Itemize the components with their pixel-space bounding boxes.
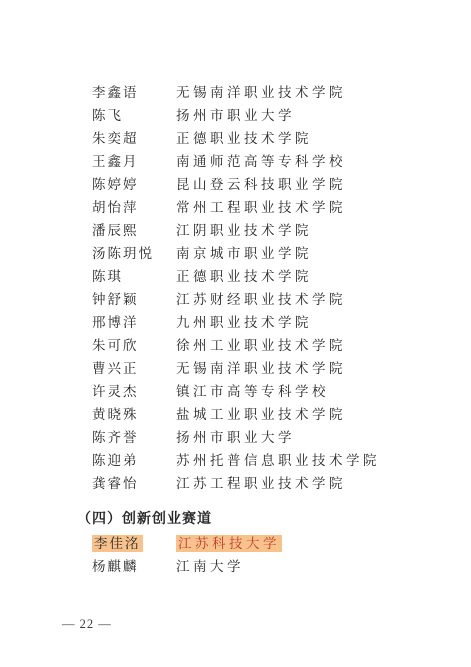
awardee-institution: 苏州托普信息职业技术学院 [176,449,380,472]
awardee-institution: 徐州工业职业技术学院 [176,334,346,357]
awardee-name: 陈婷婷 [92,173,176,196]
highlight-mark: 江苏科技大学 [176,535,282,552]
table-row: 钟舒颖江苏财经职业技术学院 [92,288,380,311]
table-row: 曹兴正无锡南洋职业技术学院 [92,357,380,380]
table-row: 龚睿怡江苏工程职业技术学院 [92,472,380,495]
table-row: 胡怡萍常州工程职业技术学院 [92,196,380,219]
awardee-name: 朱可欣 [92,334,176,357]
awardee-institution: 江南大学 [176,555,244,578]
awardee-institution: 九州职业技术学院 [176,311,312,334]
table-row: 杨麒麟 江南大学 [92,555,282,578]
awardee-name: 陈飞 [92,104,176,127]
awardee-institution: 盐城工业职业技术学院 [176,403,346,426]
awardee-name: 陈齐誉 [92,426,176,449]
awardee-name: 曹兴正 [92,357,176,380]
awardee-name: 潘辰熙 [92,219,176,242]
table-row: 陈婷婷昆山登云科技职业学院 [92,173,380,196]
highlight-mark: 李佳洺 [92,535,143,552]
page-number: — 22 — [62,617,112,632]
awardee-name: 胡怡萍 [92,196,176,219]
table-row: 王鑫月南通师范高等专科学校 [92,150,380,173]
table-row: 潘辰熙江阴职业技术学院 [92,219,380,242]
awardee-institution: 常州工程职业技术学院 [176,196,346,219]
awardee-institution: 扬州市职业大学 [176,104,295,127]
document-page: 李鑫语无锡南洋职业技术学院 陈飞扬州市职业大学 朱奕超正德职业技术学院 王鑫月南… [0,0,471,667]
awardee-name: 李鑫语 [92,81,176,104]
table-row: 汤陈玥悦南京城市职业学院 [92,242,380,265]
table-row: 陈飞扬州市职业大学 [92,104,380,127]
awardee-name: 钟舒颖 [92,288,176,311]
table-row: 黄晓殊盐城工业职业技术学院 [92,403,380,426]
awardee-name: 陈琪 [92,265,176,288]
awardee-name: 龚睿怡 [92,472,176,495]
awardee-name: 杨麒麟 [92,555,176,578]
awardee-institution: 正德职业技术学院 [176,127,312,150]
awardee-name: 邢博洋 [92,311,176,334]
awardee-institution: 江苏科技大学 [176,532,282,555]
awardee-institution: 江苏工程职业技术学院 [176,472,346,495]
awardee-institution: 江阴职业技术学院 [176,219,312,242]
award-roster-list: 李鑫语无锡南洋职业技术学院 陈飞扬州市职业大学 朱奕超正德职业技术学院 王鑫月南… [92,81,380,495]
awardee-institution: 无锡南洋职业技术学院 [176,81,346,104]
table-row: 陈迎弟苏州托普信息职业技术学院 [92,449,380,472]
awardee-name: 李佳洺 [92,532,176,555]
awardee-institution: 昆山登云科技职业学院 [176,173,346,196]
awardee-institution: 镇江市高等专科学校 [176,380,329,403]
section-heading-innovation-entrepreneurship-track: （四）创新创业赛道 [77,508,212,531]
table-row: 朱奕超正德职业技术学院 [92,127,380,150]
table-row: 陈琪正德职业技术学院 [92,265,380,288]
awardee-name: 陈迎弟 [92,449,176,472]
table-row: 李鑫语无锡南洋职业技术学院 [92,81,380,104]
awardee-name: 黄晓殊 [92,403,176,426]
awardee-name: 王鑫月 [92,150,176,173]
awardee-institution: 扬州市职业大学 [176,426,295,449]
table-row: 陈齐誉扬州市职业大学 [92,426,380,449]
awardee-institution: 无锡南洋职业技术学院 [176,357,346,380]
awardee-institution: 江苏财经职业技术学院 [176,288,346,311]
section-roster-list: 李佳洺 江苏科技大学 杨麒麟 江南大学 [92,532,282,578]
awardee-name: 朱奕超 [92,127,176,150]
awardee-name: 许灵杰 [92,380,176,403]
awardee-institution: 南京城市职业学院 [176,242,312,265]
table-row: 朱可欣徐州工业职业技术学院 [92,334,380,357]
awardee-institution: 正德职业技术学院 [176,265,312,288]
table-row: 许灵杰镇江市高等专科学校 [92,380,380,403]
awardee-name: 汤陈玥悦 [92,242,176,265]
awardee-institution: 南通师范高等专科学校 [176,150,346,173]
table-row-highlighted: 李佳洺 江苏科技大学 [92,532,282,555]
table-row: 邢博洋九州职业技术学院 [92,311,380,334]
